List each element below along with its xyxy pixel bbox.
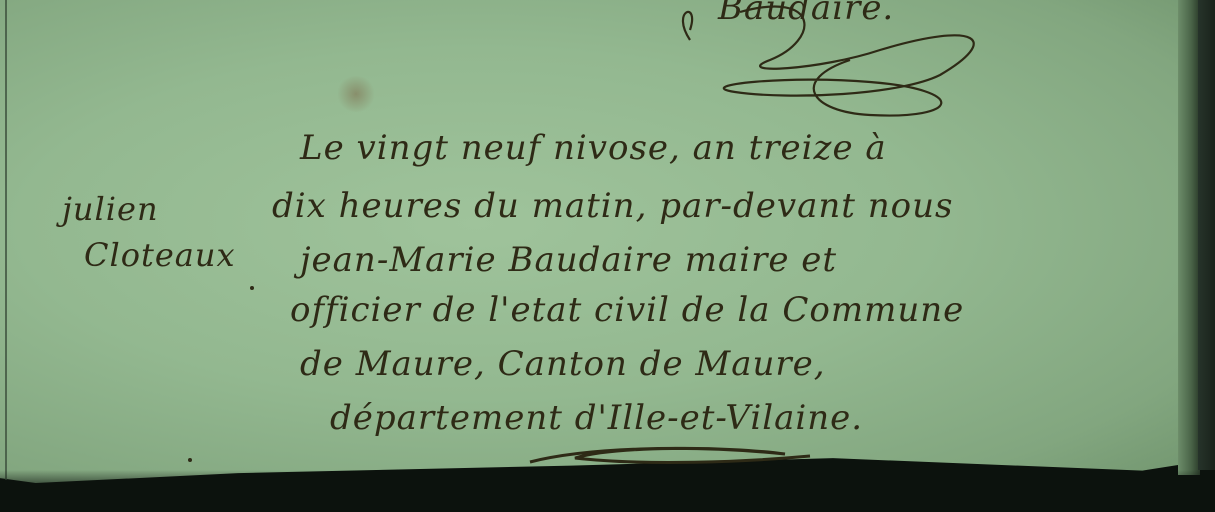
body-line-2: dix heures du matin, par-devant nous (272, 186, 953, 226)
margin-note-first-name: julien (62, 190, 159, 228)
page-stack-edge (1198, 0, 1215, 470)
body-line-5: de Maure, Canton de Maure, (300, 344, 826, 384)
margin-dot (250, 286, 254, 290)
binding-gutter-line (5, 0, 7, 480)
body-line-4: officier de l'etat civil de la Commune (290, 290, 964, 330)
page-edge (1178, 0, 1200, 475)
ink-stain (336, 76, 376, 112)
signature-flourish (670, 0, 1050, 135)
document-scan: Baudaire. julien Cloteaux Le vingt neuf … (0, 0, 1215, 512)
stray-ink-dot (188, 458, 192, 462)
body-line-6: département d'Ille-et-Vilaine. (330, 398, 863, 438)
page-bottom-shadow (0, 470, 1215, 512)
body-line-1: Le vingt neuf nivose, an treize à (300, 128, 887, 168)
margin-note-surname: Cloteaux (84, 236, 236, 274)
body-line-3: jean-Marie Baudaire maire et (300, 240, 837, 280)
